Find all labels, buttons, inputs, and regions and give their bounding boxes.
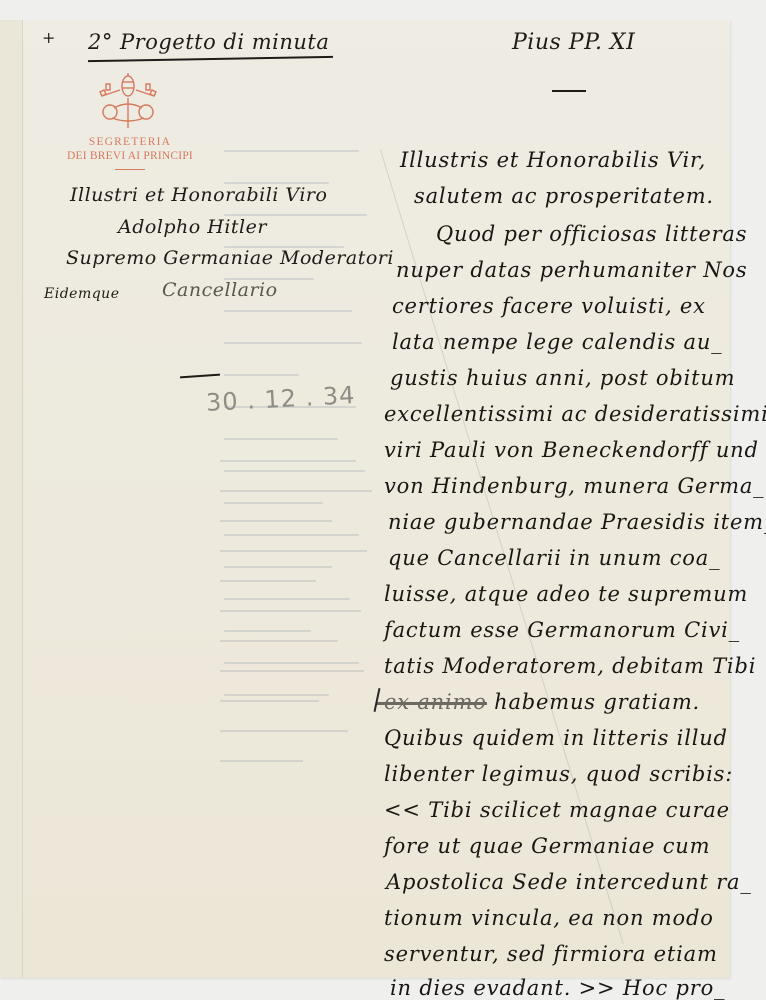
letterhead-title: SEGRETERIA	[60, 136, 200, 148]
letterhead-subtitle: DEI BREVI AI PRINCIPI	[60, 150, 200, 162]
body-line: Quibus quidem in litteris illud	[384, 726, 728, 750]
body-line: in dies evadant. >> Hoc pro_	[390, 976, 725, 1000]
body-line: fore ut quae Germaniae cum	[384, 834, 710, 858]
body-line-with-strike: ex animo habemus gratiam.	[384, 690, 700, 714]
body-line: von Hindenburg, munera Germa_	[384, 474, 764, 498]
body-line: factum esse Germanorum Civi_	[384, 618, 740, 642]
body-line: Quod per officiosas litteras	[436, 222, 747, 246]
body-line: << Tibi scilicet magnae curae	[384, 798, 730, 822]
address-line: Supremo Germaniae Moderatori	[66, 247, 394, 269]
letterhead: SEGRETERIA DEI BREVI AI PRINCIPI	[60, 136, 200, 170]
body-line: gustis huius anni, post obitum	[390, 366, 735, 390]
body-line: tionum vincula, ea non modo	[384, 906, 714, 930]
address-line: Adolpho Hitler	[118, 216, 267, 238]
salutation-line: salutem ac prosperitatem.	[414, 184, 714, 208]
body-line: serventur, sed firmiora etiam	[384, 942, 718, 966]
letterhead-rule	[115, 169, 145, 170]
address-line: Cancellario	[162, 279, 278, 301]
body-line: niae gubernandae Praesidis item_	[388, 510, 766, 534]
papal-emblem-icon	[96, 70, 160, 130]
body-line: luisse, atque adeo te supremum	[384, 582, 748, 606]
address-line: Illustri et Honorabili Viro	[70, 184, 327, 206]
body-line: libenter legimus, quod scribis:	[384, 762, 733, 786]
body-line-rest: habemus gratiam.	[494, 690, 700, 714]
body-line: lata nempe lege calendis au_	[392, 330, 722, 354]
pope-reference-note: Pius PP. XI	[512, 30, 635, 55]
page-binding-edge	[0, 20, 23, 978]
body-line: viri Pauli von Beneckendorff und	[384, 438, 759, 462]
body-line: nuper datas perhumaniter Nos	[396, 258, 747, 282]
bleed-through-text-lower	[220, 460, 380, 790]
salutation-line: Illustris et Honorabilis Vir,	[400, 148, 706, 172]
body-line: certiores facere voluisti, ex	[392, 294, 706, 318]
body-line: que Cancellarii in unum coa_	[388, 546, 720, 570]
draft-heading-note: 2° Progetto di minuta	[88, 30, 329, 54]
corner-cross-mark: +	[42, 28, 56, 47]
body-line: tatis Moderatorem, debitam Tibi	[384, 654, 756, 678]
body-line: excellentissimi ac desideratissimi	[384, 402, 766, 426]
body-line: Apostolica Sede intercedunt ra_	[386, 870, 752, 894]
address-line: Eidemque	[44, 286, 119, 302]
reference-dash	[552, 90, 586, 92]
struck-text: ex animo	[384, 690, 487, 714]
